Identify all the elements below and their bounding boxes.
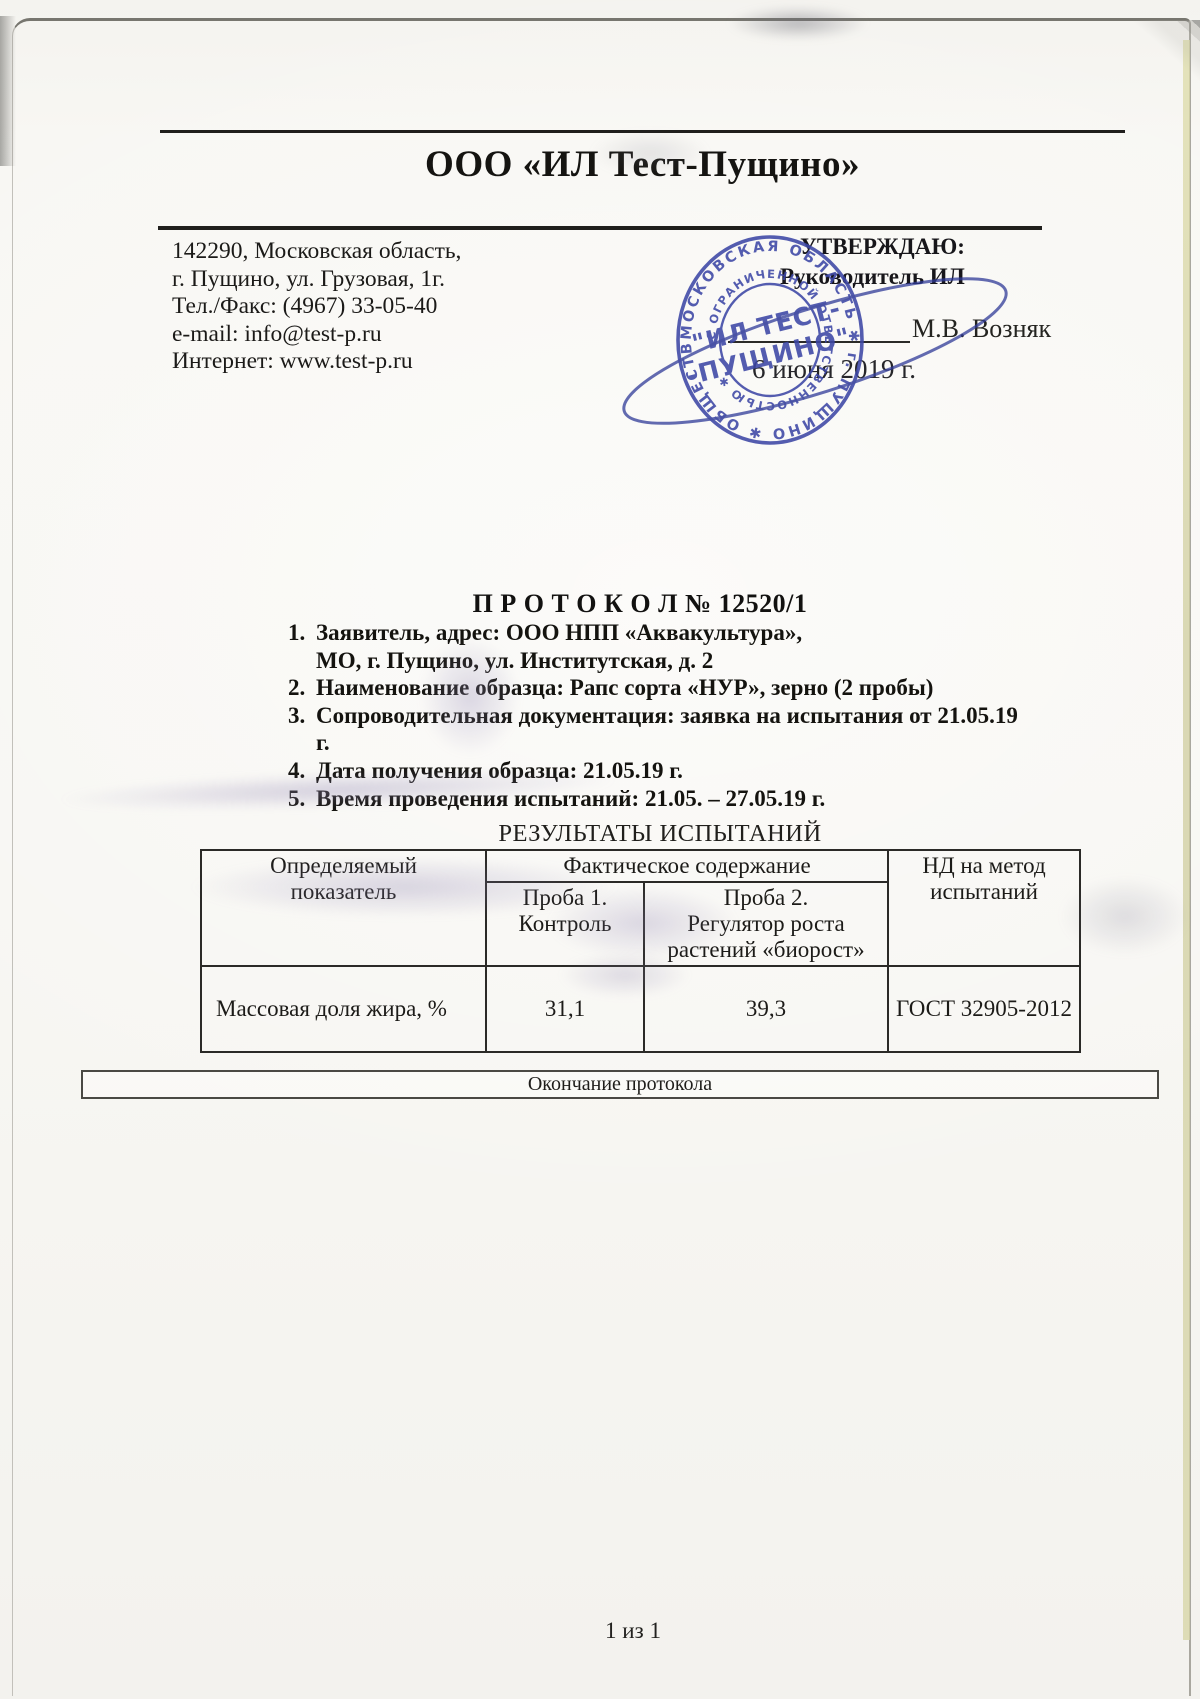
end-banner-text: Окончание протокола [528,1073,712,1096]
address-line: Интернет: www.test-p.ru [172,348,461,376]
approval-label: УТВЕРЖДАЮ: [800,234,965,260]
protocol-heading: П Р О Т О К О Л № 12520/1 [200,589,1080,619]
scanned-page: ООО «ИЛ Тест-Пущино» 142290, Московская … [0,0,1200,1699]
item-number: 5. [288,785,316,813]
scan-edge-tint [1183,40,1190,1640]
protocol-items: 1. Заявитель, адрес: ООО НПП «Аквакульту… [288,619,1018,812]
item-text: Дата получения образца: 21.05.19 г. [316,757,683,785]
org-title: ООО «ИЛ Тест-Пущино» [160,143,1125,186]
protocol-item: 3. Сопроводительная документация: заявка… [288,702,1018,757]
letterhead-address: 142290, Московская область, г. Пущино, у… [172,238,461,376]
address-line: г. Пущино, ул. Грузовая, 1г. [172,266,461,294]
protocol-item: 4. Дата получения образца: 21.05.19 г. [288,757,1018,785]
header-actual-content: Фактическое содержание [486,850,888,882]
header-indicator: Определяемый показатель [201,850,486,966]
header-method: НД на метод испытаний [888,850,1080,966]
approval-date: 6 июня 2019 г. [752,354,916,385]
item-text: Сопроводительная документация: заявка на… [316,702,1018,757]
results-title: РЕЗУЛЬТАТЫ ИСПЫТАНИЙ [260,820,1060,848]
page-number: 1 из 1 [333,1618,933,1644]
item-number: 1. [288,619,316,674]
item-text: Заявитель, адрес: ООО НПП «Аквакультура»… [316,619,802,674]
address-line: 142290, Московская область, [172,238,461,266]
subheader-sample2: Проба 2. Регулятор роста растений «биоро… [644,882,888,966]
letterhead-bottom-rule [158,226,1042,230]
approval-role: Руководитель ИЛ [780,264,965,290]
table-row: Массовая доля жира, % 31,1 39,3 ГОСТ 329… [201,966,1080,1052]
protocol-item: 1. Заявитель, адрес: ООО НПП «Аквакульту… [288,619,1018,674]
table-header-row: Определяемый показатель Фактическое соде… [201,850,1080,882]
cell-indicator: Массовая доля жира, % [201,966,486,1052]
svg-text:"ИЛ ТЕСТ-: "ИЛ ТЕСТ- [689,293,844,358]
address-line: e-mail: info@test-p.ru [172,321,461,349]
end-of-protocol-banner: Окончание протокола [81,1070,1159,1099]
cell-method: ГОСТ 32905-2012 [888,966,1080,1052]
results-table: Определяемый показатель Фактическое соде… [200,849,1081,1053]
scan-smudge [728,6,868,40]
item-text: Время проведения испытаний: 21.05. – 27.… [316,785,825,813]
subheader-sample1: Проба 1. Контроль [486,882,644,966]
letterhead-top-rule [160,130,1125,133]
cell-sample1-value: 31,1 [486,966,644,1052]
item-number: 4. [288,757,316,785]
protocol-item: 2. Наименование образца: Рапс сорта «НУР… [288,674,1018,702]
item-text: Наименование образца: Рапс сорта «НУР», … [316,674,933,702]
corner-fold-crease [1126,20,1200,108]
item-number: 2. [288,674,316,702]
protocol-item: 5. Время проведения испытаний: 21.05. – … [288,785,1018,813]
approval-signer-name: М.В. Возняк [912,314,1051,344]
address-line: Тел./Факс: (4967) 33-05-40 [172,293,461,321]
corner-shadow [0,16,16,166]
item-number: 3. [288,702,316,757]
cell-sample2-value: 39,3 [644,966,888,1052]
